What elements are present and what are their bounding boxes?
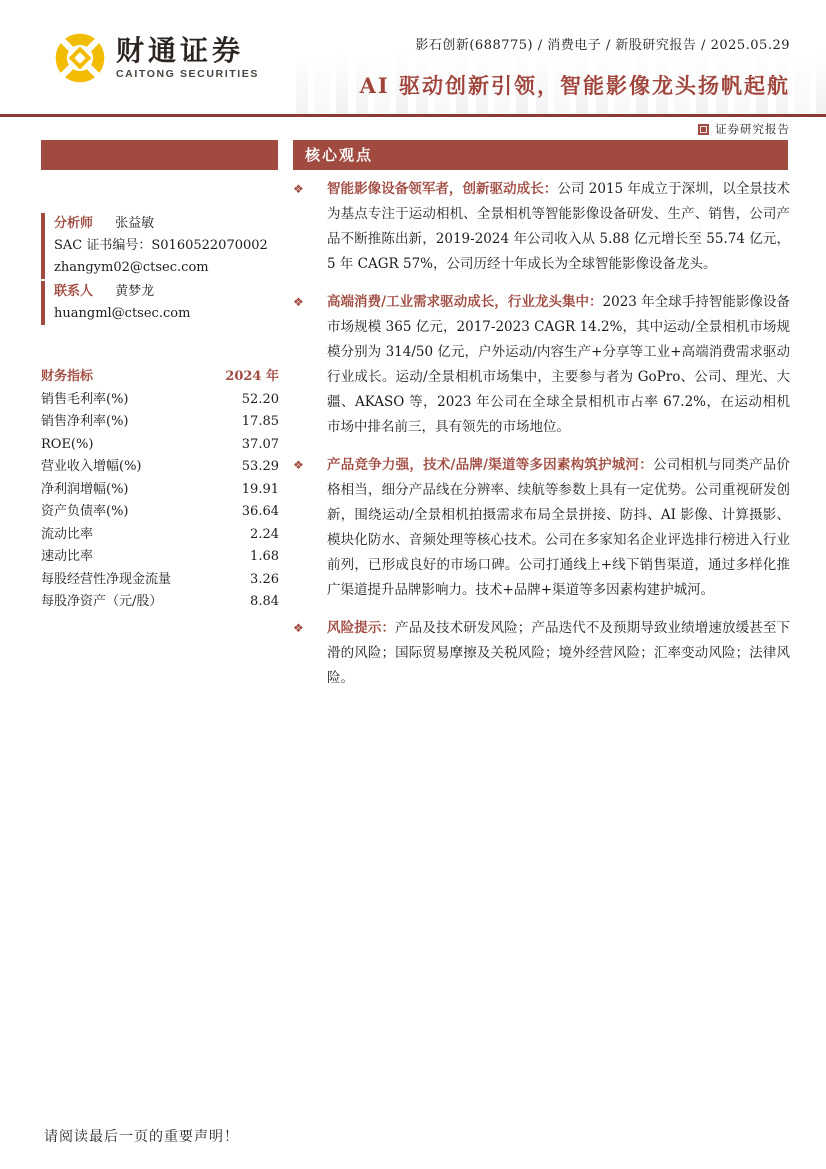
header-divider	[0, 114, 826, 117]
table-row: 净利润增幅(%) 19.91	[41, 479, 279, 502]
disclaimer-note: 请阅读最后一页的重要声明！	[44, 1126, 239, 1146]
caitong-coin-icon	[53, 31, 107, 85]
page-title: AI 驱动创新引领，智能影像龙头扬帆起航	[360, 70, 790, 100]
table-row: 速动比率 1.68	[41, 546, 279, 569]
table-row: 资产负债率(%) 36.64	[41, 501, 279, 524]
table-row: 营业收入增幅(%) 53.29	[41, 456, 279, 479]
key-point-item: ❖ 高端消费/工业需求驱动成长，行业龙头集中：2023 年全球手持智能影像设备市…	[293, 290, 790, 440]
fin-header-year: 2024 年	[225, 366, 279, 389]
caitong-logo: 财通证券 CAITONG SECURITIES	[53, 31, 259, 85]
analyst-role-line: 分析师 张益敏	[54, 213, 281, 235]
contact-role-line: 联系人 黄梦龙	[54, 281, 281, 303]
key-point-text: 风险提示：产品及技术研发风险；产品迭代不及预期导致业绩增速放缓甚至下滑的风险；国…	[327, 616, 790, 691]
analyst-name: 张益敏	[115, 216, 154, 231]
key-point-text: 智能影像设备领军者，创新驱动成长：公司 2015 年成立于深圳，以全景技术为基点…	[327, 177, 790, 277]
sidebar-banner	[41, 140, 278, 170]
section-title: 核心观点	[293, 140, 788, 170]
key-points-list: ❖ 智能影像设备领军者，创新驱动成长：公司 2015 年成立于深圳，以全景技术为…	[293, 177, 790, 704]
key-point-item: ❖ 产品竞争力强，技术/品牌/渠道等多因素构筑护城河：公司相机与同类产品价格相当…	[293, 453, 790, 603]
report-type-tag: 证券研究报告	[698, 121, 790, 137]
brand-name-cn: 财通证券	[116, 36, 259, 67]
contact-name: 黄梦龙	[115, 284, 154, 299]
contact-block: 联系人 黄梦龙 huangml@ctsec.com	[41, 281, 281, 325]
brand-name-en: CAITONG SECURITIES	[116, 68, 259, 80]
diamond-bullet-icon: ❖	[293, 290, 327, 440]
key-point-text: 高端消费/工业需求驱动成长，行业龙头集中：2023 年全球手持智能影像设备市场规…	[327, 290, 790, 440]
financial-table: 财务指标 2024 年 销售毛利率(%) 52.20 销售净利率(%) 17.8…	[41, 366, 279, 614]
table-row: 每股净资产（元/股） 8.84	[41, 591, 279, 614]
analyst-cert: SAC 证书编号：S0160522070002	[54, 235, 281, 257]
diamond-bullet-icon: ❖	[293, 177, 327, 277]
contact-role-label: 联系人	[54, 284, 93, 299]
report-badge-icon	[698, 124, 709, 135]
key-point-item: ❖ 风险提示：产品及技术研发风险；产品迭代不及预期导致业绩增速放缓甚至下滑的风险…	[293, 616, 790, 691]
caitong-logo-text: 财通证券 CAITONG SECURITIES	[116, 36, 259, 81]
analyst-role-label: 分析师	[54, 216, 93, 231]
table-row: 销售毛利率(%) 52.20	[41, 389, 279, 412]
analyst-email: zhangym02@ctsec.com	[54, 257, 281, 279]
table-row: ROE(%) 37.07	[41, 434, 279, 457]
contact-email: huangml@ctsec.com	[54, 303, 281, 325]
analyst-block: 分析师 张益敏 SAC 证书编号：S0160522070002 zhangym0…	[41, 213, 281, 279]
fin-header-label: 财务指标	[41, 366, 93, 389]
diamond-bullet-icon: ❖	[293, 616, 327, 691]
diamond-bullet-icon: ❖	[293, 453, 327, 603]
key-point-item: ❖ 智能影像设备领军者，创新驱动成长：公司 2015 年成立于深圳，以全景技术为…	[293, 177, 790, 277]
table-row: 每股经营性净现金流量 3.26	[41, 569, 279, 592]
report-meta-line: 影石创新(688775) / 消费电子 / 新股研究报告 / 2025.05.2…	[415, 34, 790, 53]
table-row: 销售净利率(%) 17.85	[41, 411, 279, 434]
financial-table-header: 财务指标 2024 年	[41, 366, 279, 389]
report-type-label: 证券研究报告	[715, 121, 790, 137]
table-row: 流动比率 2.24	[41, 524, 279, 547]
key-point-text: 产品竞争力强，技术/品牌/渠道等多因素构筑护城河：公司相机与同类产品价格相当，细…	[327, 453, 790, 603]
